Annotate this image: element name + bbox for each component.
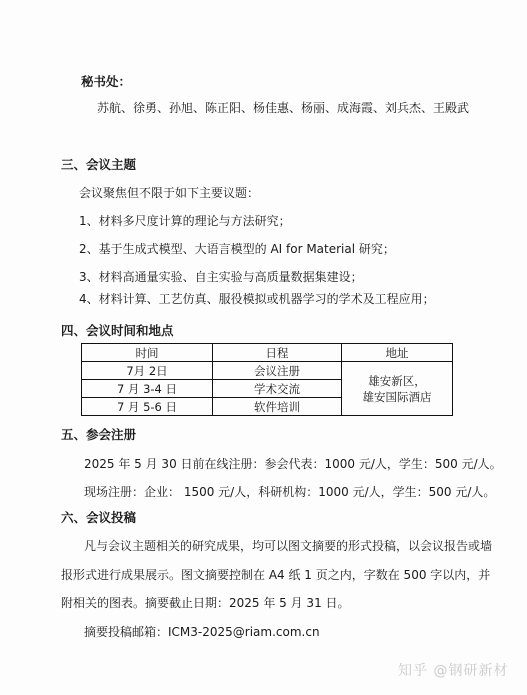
- secretariat-label: 秘书处：: [81, 72, 131, 90]
- header-address: 地址: [342, 344, 453, 362]
- cell-schedule: 学术交流: [213, 380, 342, 398]
- online-registration: 2025 年 5 月 30 日前在线注册：参会代表：1000 元/人，学生：50…: [84, 455, 502, 472]
- cell-schedule: 软件培训: [213, 398, 342, 416]
- topic-2: 2、基于生成式模型、大语言模型的 AI for Material 研究；: [79, 240, 395, 257]
- address-line-2: 雄安国际酒店: [342, 389, 452, 405]
- submission-para-line-2: 报形式进行成果展示。图文摘要控制在 A4 纸 1 页之内，字数在 500 字以内…: [61, 566, 490, 583]
- section-3-intro: 会议聚焦但不限于如下主要议题：: [79, 184, 259, 201]
- section-6-title: 六、会议投稿: [61, 508, 136, 526]
- section-5-title: 五、参会注册: [61, 425, 136, 443]
- cell-time: 7月 2日: [82, 362, 213, 380]
- header-time: 时间: [82, 344, 213, 362]
- section-3-title: 三、会议主题: [61, 155, 136, 173]
- secretariat-members: 苏航、徐勇、孙旭、陈正阳、杨佳惠、杨丽、成海霞、刘兵杰、王殿武: [97, 99, 469, 116]
- submission-para-line-3: 附相关的图表。摘要截止日期：2025 年 5 月 31 日。: [61, 594, 350, 611]
- cell-time: 7 月 3-4 日: [82, 380, 213, 398]
- topic-3: 3、材料高通量实验、自主实验与高质量数据集建设；: [79, 268, 363, 285]
- topic-1: 1、材料多尺度计算的理论与方法研究；: [79, 212, 291, 229]
- section-4-title: 四、会议时间和地点: [61, 321, 174, 339]
- submission-email: 摘要投稿邮箱：ICM3-2025@riam.com.cn: [84, 623, 320, 640]
- onsite-registration: 现场注册：企业： 1500 元/人，科研机构：1000 元/人，学生：500 元…: [84, 483, 495, 500]
- cell-schedule: 会议注册: [213, 362, 342, 380]
- watermark: 知乎 @钢研新材: [398, 660, 508, 680]
- address-line-1: 雄安新区，: [342, 373, 452, 389]
- schedule-table: 时间 日程 地址 7月 2日 会议注册 雄安新区， 雄安国际酒店 7 月 3-4…: [81, 343, 453, 416]
- table-row: 7月 2日 会议注册 雄安新区， 雄安国际酒店: [82, 362, 453, 380]
- table-header-row: 时间 日程 地址: [82, 344, 453, 362]
- submission-para-line-1: 凡与会议主题相关的研究成果，均可以图文摘要的形式投稿，以会议报告或墙: [84, 537, 492, 554]
- cell-address: 雄安新区， 雄安国际酒店: [342, 362, 453, 416]
- cell-time: 7 月 5-6 日: [82, 398, 213, 416]
- header-schedule: 日程: [213, 344, 342, 362]
- topic-4: 4、材料计算、工艺仿真、服役模拟或机器学习的学术及工程应用；: [79, 290, 435, 307]
